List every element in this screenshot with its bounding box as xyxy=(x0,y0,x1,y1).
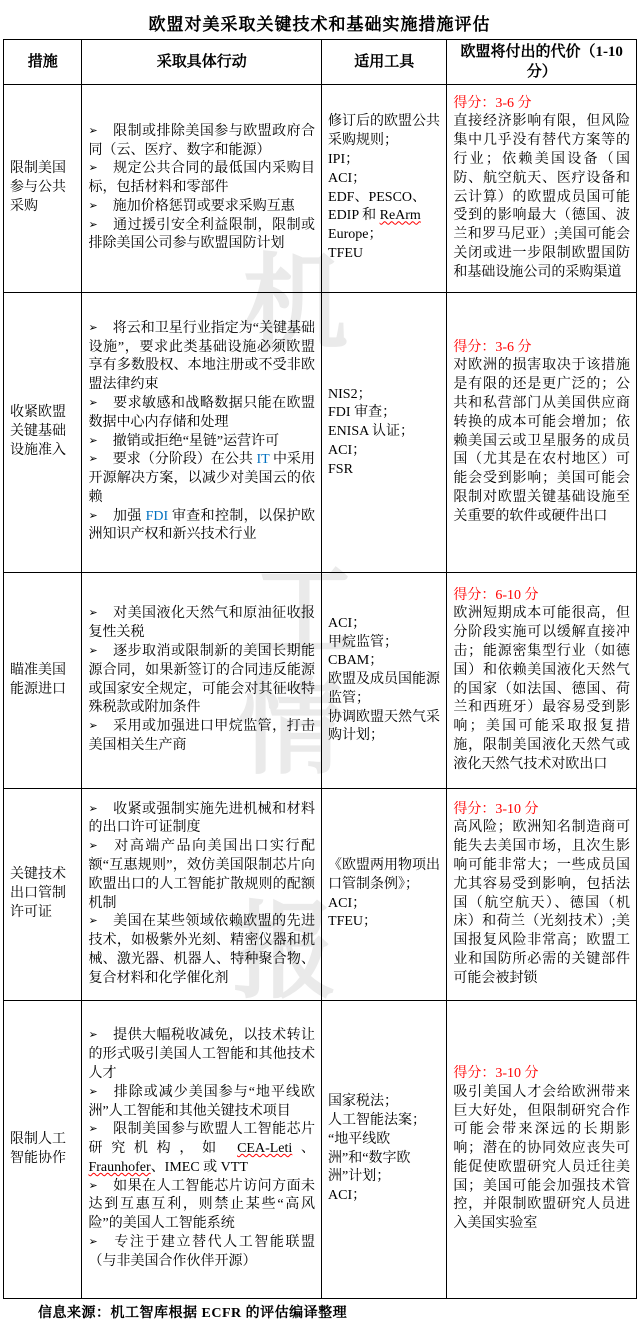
text-run: “地平线欧洲”和“数字欧洲”计划； xyxy=(328,1132,410,1185)
measure-cell: 限制美国参与公共采购 xyxy=(4,85,82,293)
tool-item: FDI 审查； xyxy=(328,404,440,423)
actions-cell: ➢将云和卫星行业指定为“关键基础设施”，要求此类基础设施必须欧盟享有多数股权、本… xyxy=(82,293,322,573)
score-label: 得分：3-10 分 xyxy=(453,1065,630,1084)
assessment-table: 措施 采取具体行动 适用工具 欧盟将付出的代价（1-10 分） 限制美国参与公共… xyxy=(3,39,637,1299)
tools-cell: 修订后的欧盟公共采购规则；IPI；ACI；EDF、PESCO、EDIP 和 Re… xyxy=(322,85,447,293)
arrow-bullet-icon: ➢ xyxy=(88,1120,97,1139)
action-item: ➢逐步取消或限制新的美国长期能源合同，如果新签订的合同违反能源或国家安全规定，可… xyxy=(88,643,315,718)
score-label: 得分：3-10 分 xyxy=(453,801,630,820)
tool-item: 甲烷监管； xyxy=(328,634,440,653)
tool-item: FSR xyxy=(328,461,440,480)
tools-cell: NIS2；FDI 审查；ENISA 认证；ACI；FSR xyxy=(322,293,447,573)
score-label: 得分：3-6 分 xyxy=(453,339,630,358)
tool-item: ACI； xyxy=(328,615,440,634)
cost-cell: 得分：6-10 分欧洲短期成本可能很高，但分阶段实施可以缓解直接冲击；能源密集型… xyxy=(447,573,637,789)
actions-cell: ➢对美国液化天然气和原油征收报复性关税➢逐步取消或限制新的美国长期能源合同，如果… xyxy=(82,573,322,789)
action-item: ➢专注于建立替代人工智能联盟（与非美国合作伙伴开源） xyxy=(88,1234,315,1272)
arrow-bullet-icon: ➢ xyxy=(88,432,97,451)
arrow-bullet-icon: ➢ xyxy=(88,800,97,819)
text-run: 对美国液化天然气和原油征收报复性关税 xyxy=(88,606,315,640)
header-measure: 措施 xyxy=(4,40,82,85)
action-item: ➢排除或减少美国参与“地平线欧洲”人工智能和其他关键技术项目 xyxy=(88,1084,315,1122)
text-run: 排除或减少美国参与“地平线欧洲”人工智能和其他关键技术项目 xyxy=(88,1085,315,1119)
arrow-bullet-icon: ➢ xyxy=(88,216,97,235)
text-run: 、 xyxy=(292,1141,315,1156)
text-run: TFEU； xyxy=(328,914,377,929)
cost-cell: 得分：3-6 分直接经济影响有限，但风险集中几乎没有替代方案等的行业；依赖美国设… xyxy=(447,85,637,293)
arrow-bullet-icon: ➢ xyxy=(88,717,97,736)
arrow-bullet-icon: ➢ xyxy=(88,1233,97,1252)
action-item: ➢施加价格惩罚或要求采购互惠 xyxy=(88,198,315,217)
text-run: ACI； xyxy=(328,616,366,631)
cost-description: 吸引美国人才会给欧洲带来巨大好处，但限制研究合作可能会带来深远的长期影响；潜在的… xyxy=(453,1084,630,1234)
text-run: IPI； xyxy=(328,152,359,167)
document-page: 机 工 情 报 欧盟对美采取关键技术和基础实施措施评估 措施 采取具体行动 适用… xyxy=(0,0,639,1330)
tool-item: 协调欧盟天然气采购计划； xyxy=(328,709,440,747)
text-run: ACI； xyxy=(328,171,366,186)
text-run: 对高端产品向美国出口实行配额“互惠规则”，效仿美国限制芯片向欧盟出口的人工智能扩… xyxy=(88,839,315,910)
text-run: 要求（分阶段）在公共 xyxy=(113,452,257,467)
text-run: ACI； xyxy=(328,1188,366,1203)
acronym-text: FDI xyxy=(146,509,169,524)
cost-description: 对欧洲的损害取决于该措施是有限的还是更广泛的；公共和私营部门从美国供应商转换的成… xyxy=(453,357,630,526)
measure-cell: 瞄准美国能源进口 xyxy=(4,573,82,789)
score-label: 得分：6-10 分 xyxy=(453,587,630,606)
text-run: FDI 审查； xyxy=(328,405,396,420)
tool-item: TFEU xyxy=(328,245,440,264)
text-run: TFEU xyxy=(328,246,363,261)
text-run: 国家税法； xyxy=(328,1094,398,1109)
text-run: 修订后的欧盟公共采购规则； xyxy=(328,114,440,148)
arrow-bullet-icon: ➢ xyxy=(88,507,97,526)
table-row: 限制美国参与公共采购➢限制或排除美国参与欧盟政府合同（云、医疗、数字和能源）➢规… xyxy=(4,85,637,293)
measure-cell: 收紧欧盟关键基础设施准入 xyxy=(4,293,82,573)
action-item: ➢对美国液化天然气和原油征收报复性关税 xyxy=(88,605,315,643)
text-run: NIS2； xyxy=(328,387,372,402)
action-item: ➢美国在某些领域依赖欧盟的先进技术，如极紫外光刻、精密仪器和机械、激光器、机器人… xyxy=(88,913,315,988)
tools-cell: 国家税法；人工智能法案；“地平线欧洲”和“数字欧洲”计划；ACI； xyxy=(322,1001,447,1299)
cost-cell: 得分：3-10 分吸引美国人才会给欧洲带来巨大好处，但限制研究合作可能会带来深远… xyxy=(447,1001,637,1299)
text-run: CBAM； xyxy=(328,653,383,668)
tool-item: 人工智能法案； xyxy=(328,1112,440,1131)
action-item: ➢如果在人工智能芯片访问方面未达到互惠互利，则禁止某些“高风险”的美国人工智能系… xyxy=(88,1178,315,1234)
header-actions: 采取具体行动 xyxy=(82,40,322,85)
spellcheck-flagged-text: Fraunhofer xyxy=(88,1160,150,1175)
text-run: 专注于建立替代人工智能联盟（与非美国合作伙伴开源） xyxy=(88,1235,315,1269)
text-run: 协调欧盟天然气采购计划； xyxy=(328,710,440,744)
tool-item: IPI； xyxy=(328,151,440,170)
header-row: 措施 采取具体行动 适用工具 欧盟将付出的代价（1-10 分） xyxy=(4,40,637,85)
arrow-bullet-icon: ➢ xyxy=(88,1177,97,1196)
action-item: ➢规定公共合同的最低国内采购目标，包括材料和零部件 xyxy=(88,160,315,198)
actions-cell: ➢限制或排除美国参与欧盟政府合同（云、医疗、数字和能源）➢规定公共合同的最低国内… xyxy=(82,85,322,293)
tools-cell: 《欧盟两用物项出口管制条例》；ACI；TFEU； xyxy=(322,789,447,1001)
table-row: 瞄准美国能源进口➢对美国液化天然气和原油征收报复性关税➢逐步取消或限制新的美国长… xyxy=(4,573,637,789)
text-run: 收紧或强制实施先进机械和材料的出口许可证制度 xyxy=(88,802,315,836)
text-run: 人工智能法案； xyxy=(328,1113,426,1128)
text-run: 规定公共合同的最低国内采购目标，包括材料和零部件 xyxy=(88,161,315,195)
table-row: 收紧欧盟关键基础设施准入➢将云和卫星行业指定为“关键基础设施”，要求此类基础设施… xyxy=(4,293,637,573)
tool-item: ACI； xyxy=(328,1187,440,1206)
text-run: 将云和卫星行业指定为“关键基础设施”，要求此类基础设施必须欧盟享有多数股权、本地… xyxy=(88,321,315,392)
text-run: 甲烷监管； xyxy=(328,635,398,650)
tool-item: ACI； xyxy=(328,170,440,189)
cost-cell: 得分：3-6 分对欧洲的损害取决于该措施是有限的还是更广泛的；公共和私营部门从美… xyxy=(447,293,637,573)
text-run: 加强 xyxy=(113,509,146,524)
action-item: ➢采用或加强进口甲烷监管，打击美国相关生产商 xyxy=(88,718,315,756)
cost-description: 欧洲短期成本可能很高，但分阶段实施可以缓解直接冲击；能源密集型行业（如德国）和依… xyxy=(453,605,630,774)
tool-item: CBAM； xyxy=(328,652,440,671)
text-run: 通过援引安全利益限制，限制或排除美国公司参与欧盟国防计划 xyxy=(88,218,315,252)
tool-item: 修订后的欧盟公共采购规则； xyxy=(328,113,440,151)
tool-item: ACI； xyxy=(328,442,440,461)
table-row: 关键技术出口管制许可证➢收紧或强制实施先进机械和材料的出口许可证制度➢对高端产品… xyxy=(4,789,637,1001)
action-item: ➢提供大幅税收减免，以技术转让的形式吸引美国人工智能和其他技术人才 xyxy=(88,1027,315,1083)
action-item: ➢通过援引安全利益限制，限制或排除美国公司参与欧盟国防计划 xyxy=(88,217,315,255)
text-run: 采用或加强进口甲烷监管，打击美国相关生产商 xyxy=(88,719,315,753)
action-item: ➢限制或排除美国参与欧盟政府合同（云、医疗、数字和能源） xyxy=(88,123,315,161)
spellcheck-flagged-text: CEA-Leti xyxy=(237,1141,292,1156)
action-item: ➢要求敏感和战略数据只能在欧盟数据中心内存储和处理 xyxy=(88,395,315,433)
text-run: 美国在某些领域依赖欧盟的先进技术，如极紫外光刻、精密仪器和机械、激光器、机器人、… xyxy=(88,914,315,985)
arrow-bullet-icon: ➢ xyxy=(88,1083,97,1102)
tool-item: ENISA 认证； xyxy=(328,423,440,442)
text-run: ACI； xyxy=(328,896,366,911)
arrow-bullet-icon: ➢ xyxy=(88,450,97,469)
tools-cell: ACI；甲烷监管；CBAM；欧盟及成员国能源监管；协调欧盟天然气采购计划； xyxy=(322,573,447,789)
page-title: 欧盟对美采取关键技术和基础实施措施评估 xyxy=(0,10,639,35)
text-run: 撤销或拒绝“星链”运营许可 xyxy=(113,434,279,449)
text-run: ACI； xyxy=(328,443,366,458)
tool-item: 《欧盟两用物项出口管制条例》； xyxy=(328,857,440,895)
tool-item: 欧盟及成员国能源监管； xyxy=(328,671,440,709)
arrow-bullet-icon: ➢ xyxy=(88,642,97,661)
tool-item: NIS2； xyxy=(328,386,440,405)
header-cost: 欧盟将付出的代价（1-10 分） xyxy=(447,40,637,85)
action-item: ➢加强 FDI 审查和控制，以保护欧洲知识产权和新兴技术行业 xyxy=(88,508,315,546)
source-note: 信息来源：机工智库根据 ECFR 的评估编译整理 xyxy=(38,1302,639,1322)
arrow-bullet-icon: ➢ xyxy=(88,394,97,413)
text-run: 要求敏感和战略数据只能在欧盟数据中心内存储和处理 xyxy=(88,396,315,430)
tool-item: 国家税法； xyxy=(328,1093,440,1112)
arrow-bullet-icon: ➢ xyxy=(88,122,97,141)
tool-item: EDF、PESCO、EDIP 和 ReArm Europe； xyxy=(328,189,440,245)
text-run: 欧盟及成员国能源监管； xyxy=(328,672,440,706)
action-item: ➢限制美国参与欧盟人工智能芯片研究机构，如 CEA-Leti、Fraunhofe… xyxy=(88,1121,315,1177)
tool-item: “地平线欧洲”和“数字欧洲”计划； xyxy=(328,1131,440,1187)
arrow-bullet-icon: ➢ xyxy=(88,319,97,338)
measure-cell: 限制人工智能协作 xyxy=(4,1001,82,1299)
action-item: ➢将云和卫星行业指定为“关键基础设施”，要求此类基础设施必须欧盟享有多数股权、本… xyxy=(88,320,315,395)
header-tools: 适用工具 xyxy=(322,40,447,85)
tool-item: TFEU； xyxy=(328,913,440,932)
text-run: 逐步取消或限制新的美国长期能源合同，如果新签订的合同违反能源或国家安全规定，可能… xyxy=(88,644,315,715)
spellcheck-flagged-text: ReArm xyxy=(380,208,421,223)
text-run: 提供大幅税收减免，以技术转让的形式吸引美国人工智能和其他技术人才 xyxy=(88,1028,315,1081)
cost-description: 直接经济影响有限，但风险集中几乎没有替代方案等的行业；依赖美国设备（国防、航空航… xyxy=(453,113,630,282)
arrow-bullet-icon: ➢ xyxy=(88,197,97,216)
arrow-bullet-icon: ➢ xyxy=(88,604,97,623)
acronym-text: IT xyxy=(256,452,269,467)
cost-description: 高风险；欧洲知名制造商可能失去美国市场，且次生影响可能非常大；一些成员国尤其容易… xyxy=(453,819,630,988)
text-run: ENISA 认证； xyxy=(328,424,414,439)
action-item: ➢对高端产品向美国出口实行配额“互惠规则”，效仿美国限制芯片向欧盟出口的人工智能… xyxy=(88,838,315,913)
text-run: 限制或排除美国参与欧盟政府合同（云、医疗、数字和能源） xyxy=(88,124,315,158)
text-run: Europe； xyxy=(328,227,382,242)
arrow-bullet-icon: ➢ xyxy=(88,912,97,931)
action-item: ➢收紧或强制实施先进机械和材料的出口许可证制度 xyxy=(88,801,315,839)
text-run: 、IMEC 或 VTT xyxy=(151,1160,248,1175)
cost-cell: 得分：3-10 分高风险；欧洲知名制造商可能失去美国市场，且次生影响可能非常大；… xyxy=(447,789,637,1001)
text-run: 施加价格惩罚或要求采购互惠 xyxy=(113,199,295,214)
arrow-bullet-icon: ➢ xyxy=(88,837,97,856)
table-row: 限制人工智能协作➢提供大幅税收减免，以技术转让的形式吸引美国人工智能和其他技术人… xyxy=(4,1001,637,1299)
action-item: ➢要求（分阶段）在公共 IT 中采用开源解决方案，以减少对美国云的依赖 xyxy=(88,451,315,507)
arrow-bullet-icon: ➢ xyxy=(88,159,97,178)
actions-cell: ➢收紧或强制实施先进机械和材料的出口许可证制度➢对高端产品向美国出口实行配额“互… xyxy=(82,789,322,1001)
text-run: 《欧盟两用物项出口管制条例》； xyxy=(328,858,440,892)
measure-cell: 关键技术出口管制许可证 xyxy=(4,789,82,1001)
tool-item: ACI； xyxy=(328,895,440,914)
arrow-bullet-icon: ➢ xyxy=(88,1026,97,1045)
actions-cell: ➢提供大幅税收减免，以技术转让的形式吸引美国人工智能和其他技术人才➢排除或减少美… xyxy=(82,1001,322,1299)
text-run: 如果在人工智能芯片访问方面未达到互惠互利，则禁止某些“高风险”的美国人工智能系统 xyxy=(88,1179,315,1232)
text-run: FSR xyxy=(328,462,353,477)
action-item: ➢撤销或拒绝“星链”运营许可 xyxy=(88,433,315,452)
score-label: 得分：3-6 分 xyxy=(453,95,630,114)
